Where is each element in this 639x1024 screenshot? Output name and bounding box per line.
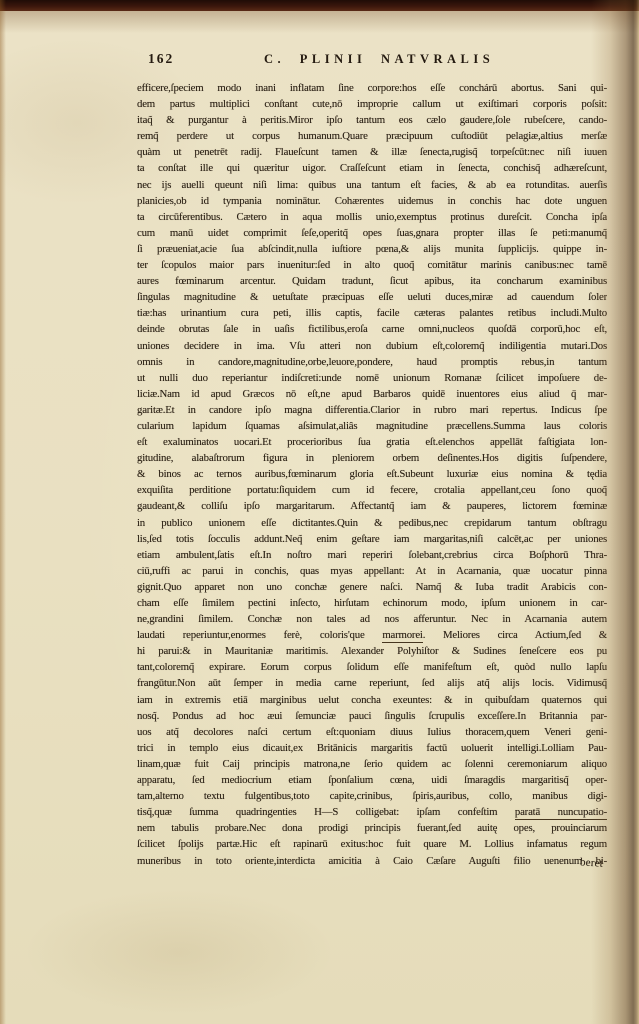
catchword: beret bbox=[580, 856, 604, 870]
book-top-edge bbox=[0, 0, 639, 11]
text-line: exquiſita perditione portatu:ſiquidem cu… bbox=[137, 482, 607, 498]
text-line: nosq̃. Pondus ad hoc æui ſemunciæ pauci … bbox=[137, 708, 607, 724]
running-title: C. PLINII NATVRALIS bbox=[174, 52, 610, 67]
text-line: cham eſſe ſimilem pectini inſecto, hirſu… bbox=[137, 595, 607, 611]
text-line: ſi præueniat,acie ſua abſcindit,nulla iu… bbox=[137, 241, 607, 257]
text-line: ciū,ruffi ac parui in conchis, quas myas… bbox=[137, 563, 607, 579]
text-line: itaq̃ & purgantur à peritis.Miror ipſo t… bbox=[137, 112, 607, 128]
text-line: ut nulli duo reperiantur indiſcreti:unde… bbox=[137, 370, 607, 386]
page-header: 162 C. PLINII NATVRALIS bbox=[148, 51, 610, 67]
book-page-photo: 162 C. PLINII NATVRALIS efficere,ſpeciem… bbox=[0, 0, 639, 1024]
text-line: ter ſcopulos maior pars inuenitur:ſed in… bbox=[137, 257, 607, 273]
text-line: in publico unionem eſſe dictitantes.Quin… bbox=[137, 515, 607, 531]
text-line: & binos ac ternos auribus,fœminarum glor… bbox=[137, 466, 607, 482]
text-line: tisq̃,quæ ſumma quadringenties H—S colli… bbox=[137, 804, 607, 820]
text-line: efficere,ſpeciem modo inani inflatam ſin… bbox=[137, 80, 607, 96]
text-line: iam in extremis etiā marginibus uelut co… bbox=[137, 692, 607, 708]
text-line: eſt exaluminatos uocari.Et procerioribus… bbox=[137, 434, 607, 450]
text-line: liciæ.Nam id apud Græcos nō eſt,ne apud … bbox=[137, 386, 607, 402]
text-line: gignit.Quo apparet non uno conchæ genere… bbox=[137, 579, 607, 595]
text-line: linam,quæ fuit Caij principis matrona,ne… bbox=[137, 756, 607, 772]
text-line: nem tabulis probare.Nec dona prodigi pri… bbox=[137, 820, 607, 836]
text-line: hi parui:& in Mauritaniæ maritimis. Alex… bbox=[137, 643, 607, 659]
text-line: uniones decidere in ima. Vſu atteri non … bbox=[137, 338, 607, 354]
text-line: tant,coloremq̃ expirare. Eorum corpus ſo… bbox=[137, 659, 607, 675]
text-line: trici in templo eius dicauit,ex Britānic… bbox=[137, 740, 607, 756]
text-line: gitudine, alabaſtrorum figura in plenior… bbox=[137, 450, 607, 466]
text-line: ſcilicet ſpolijs partæ.Hic eſt rapinarū … bbox=[137, 836, 607, 852]
text-line: etiam ambulent,ſatis eſt.In noſtro mari … bbox=[137, 547, 607, 563]
text-line: remq̃ perdere ut corpus humanum.Quare pr… bbox=[137, 128, 607, 144]
page-number: 162 bbox=[148, 51, 174, 67]
text-line: gaudeant,& colliſu ipſo margaritarum. Af… bbox=[137, 498, 607, 514]
ink-underline: marmorei bbox=[382, 629, 422, 643]
text-line: quàm ut penetrēt radij. Flaueſcunt tamen… bbox=[137, 144, 607, 160]
text-line: deinde obrutas ſale in uaſis fictilibus,… bbox=[137, 321, 607, 337]
ink-underline: paratā nuncupatio- bbox=[515, 806, 607, 820]
text-line: omnis in candore,magnitudine,orbe,leuore… bbox=[137, 354, 607, 370]
text-line: cum manū uidet comprimit ſeſe,operitq̃ o… bbox=[137, 225, 607, 241]
text-line: cularium lapidum ſquamas aſsimulat,aliâs… bbox=[137, 418, 607, 434]
text-line: muneribus in toto oriente,interdicta ami… bbox=[137, 853, 607, 869]
body-text: efficere,ſpeciem modo inani inflatam ſin… bbox=[137, 80, 607, 869]
text-line: ſingulas magnitudine & uetuſtate præcipu… bbox=[137, 289, 607, 305]
book-top-edge-shadow bbox=[0, 11, 639, 33]
text-line: ne,grandini ſimilem. Conchæ non tales ad… bbox=[137, 611, 607, 627]
text-line: planicies,ob id tympania nominātur. Cohæ… bbox=[137, 193, 607, 209]
text-line: ta circūferentibus. Cætero in aqua molli… bbox=[137, 209, 607, 225]
text-line: laudati reperiuntur,enormes ferè, colori… bbox=[137, 627, 607, 643]
text-line: lis,ſed totis ſocculis addunt.Neq̃ enim … bbox=[137, 531, 607, 547]
text-line: dem partus multiplici conſtant cute,nō i… bbox=[137, 96, 607, 112]
text-line: uos atq̃ decolores naſci certum eſt:quon… bbox=[137, 724, 607, 740]
text-line: tiæ:has urinantium cura peti, illis capt… bbox=[137, 305, 607, 321]
text-line: garitæ.Et in candore ipſo magna differen… bbox=[137, 402, 607, 418]
page-left-edge-shading bbox=[0, 0, 6, 1024]
text-line: ta conſtat ille qui quæritur uigor. Craſ… bbox=[137, 160, 607, 176]
text-line: apparatu, ſed mediocrium etiam ſponſaliu… bbox=[137, 772, 607, 788]
text-line: frangūtur.Non aūt ſemper in media carne … bbox=[137, 675, 607, 691]
text-line: nec ijs auelli queunt niſi lima: quibus … bbox=[137, 177, 607, 193]
text-line: aures fœminarum arcentur. Quidam tradunt… bbox=[137, 273, 607, 289]
text-line: tam,alterno textu fulgentibus,toto capit… bbox=[137, 788, 607, 804]
